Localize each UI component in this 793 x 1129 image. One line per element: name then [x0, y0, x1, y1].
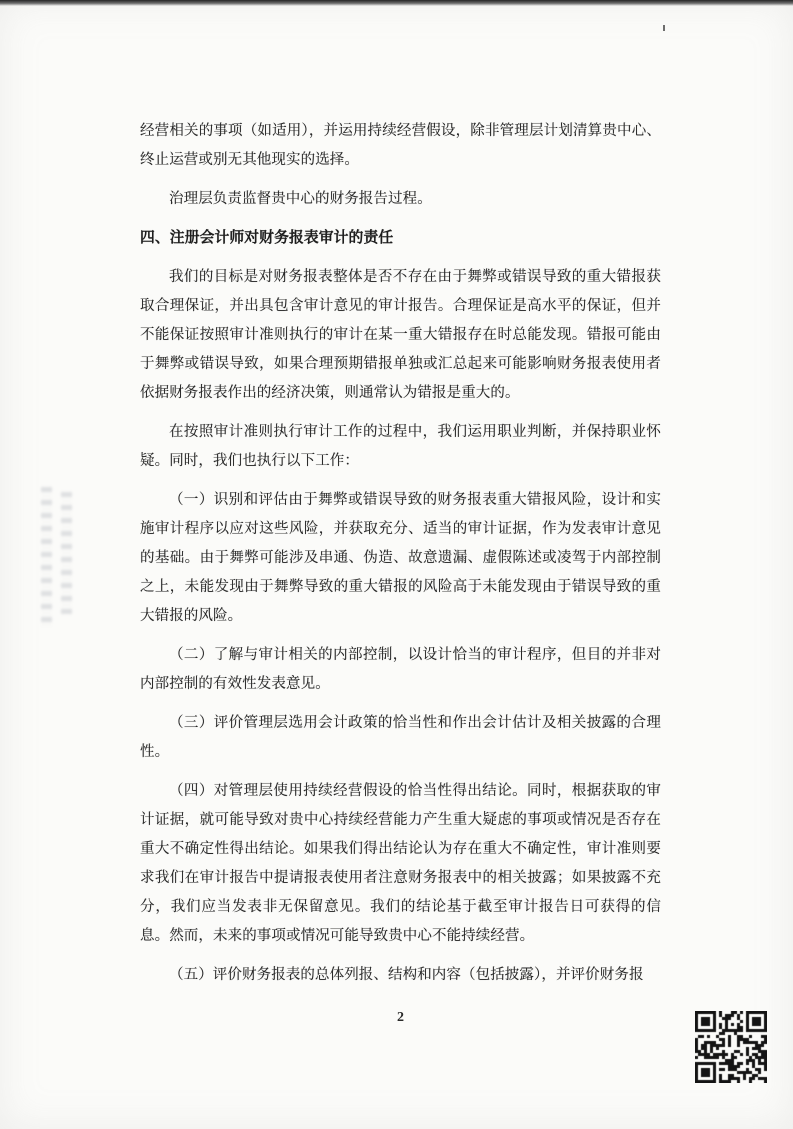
qr-code-image [695, 1011, 767, 1083]
paragraph-item-1-risk-assessment: （一）识别和评估由于舞弊或错误导致的财务报表重大错报风险，设计和实施审计程序以应… [140, 486, 661, 631]
scan-edge-artifact-top [0, 0, 793, 6]
ink-bleed-mark [41, 487, 52, 627]
paragraph-item-5-presentation: （五）评价财务报表的总体列报、结构和内容（包括披露），并评价财务报 [140, 961, 661, 990]
paragraph-governance-oversight: 治理层负责监督贵中心的财务报告过程。 [140, 185, 661, 214]
paragraph-going-concern-continuation: 经营相关的事项（如适用），并运用持续经营假设，除非管理层计划清算贵中心、终止运营… [140, 117, 661, 175]
paragraph-item-3-accounting-policies: （三）评价管理层选用会计政策的恰当性和作出会计估计及相关披露的合理性。 [140, 709, 661, 767]
paragraph-item-2-internal-control: （二）了解与审计相关的内部控制，以设计恰当的审计程序，但目的并非对内部控制的有效… [140, 641, 661, 699]
paragraph-item-4-going-concern-conclusion: （四）对管理层使用持续经营假设的恰当性得出结论。同时，根据获取的审计证据，就可能… [140, 777, 661, 951]
document-page: 经营相关的事项（如适用），并运用持续经营假设，除非管理层计划清算贵中心、终止运营… [0, 0, 793, 1129]
document-body: 经营相关的事项（如适用），并运用持续经营假设，除非管理层计划清算贵中心、终止运营… [140, 117, 661, 1000]
ink-bleed-mark [61, 492, 72, 614]
section-heading-auditor-responsibility: 四、注册会计师对财务报表审计的责任 [140, 224, 661, 253]
page-number: 2 [140, 1010, 661, 1026]
paragraph-audit-objective: 我们的目标是对财务报表整体是否不存在由于舞弊或错误导致的重大错报获取合理保证，并… [140, 263, 661, 408]
scan-speck-artifact [663, 25, 665, 31]
paragraph-professional-judgment: 在按照审计准则执行审计工作的过程中，我们运用职业判断，并保持职业怀疑。同时，我们… [140, 418, 661, 476]
qr-code [695, 1011, 767, 1083]
